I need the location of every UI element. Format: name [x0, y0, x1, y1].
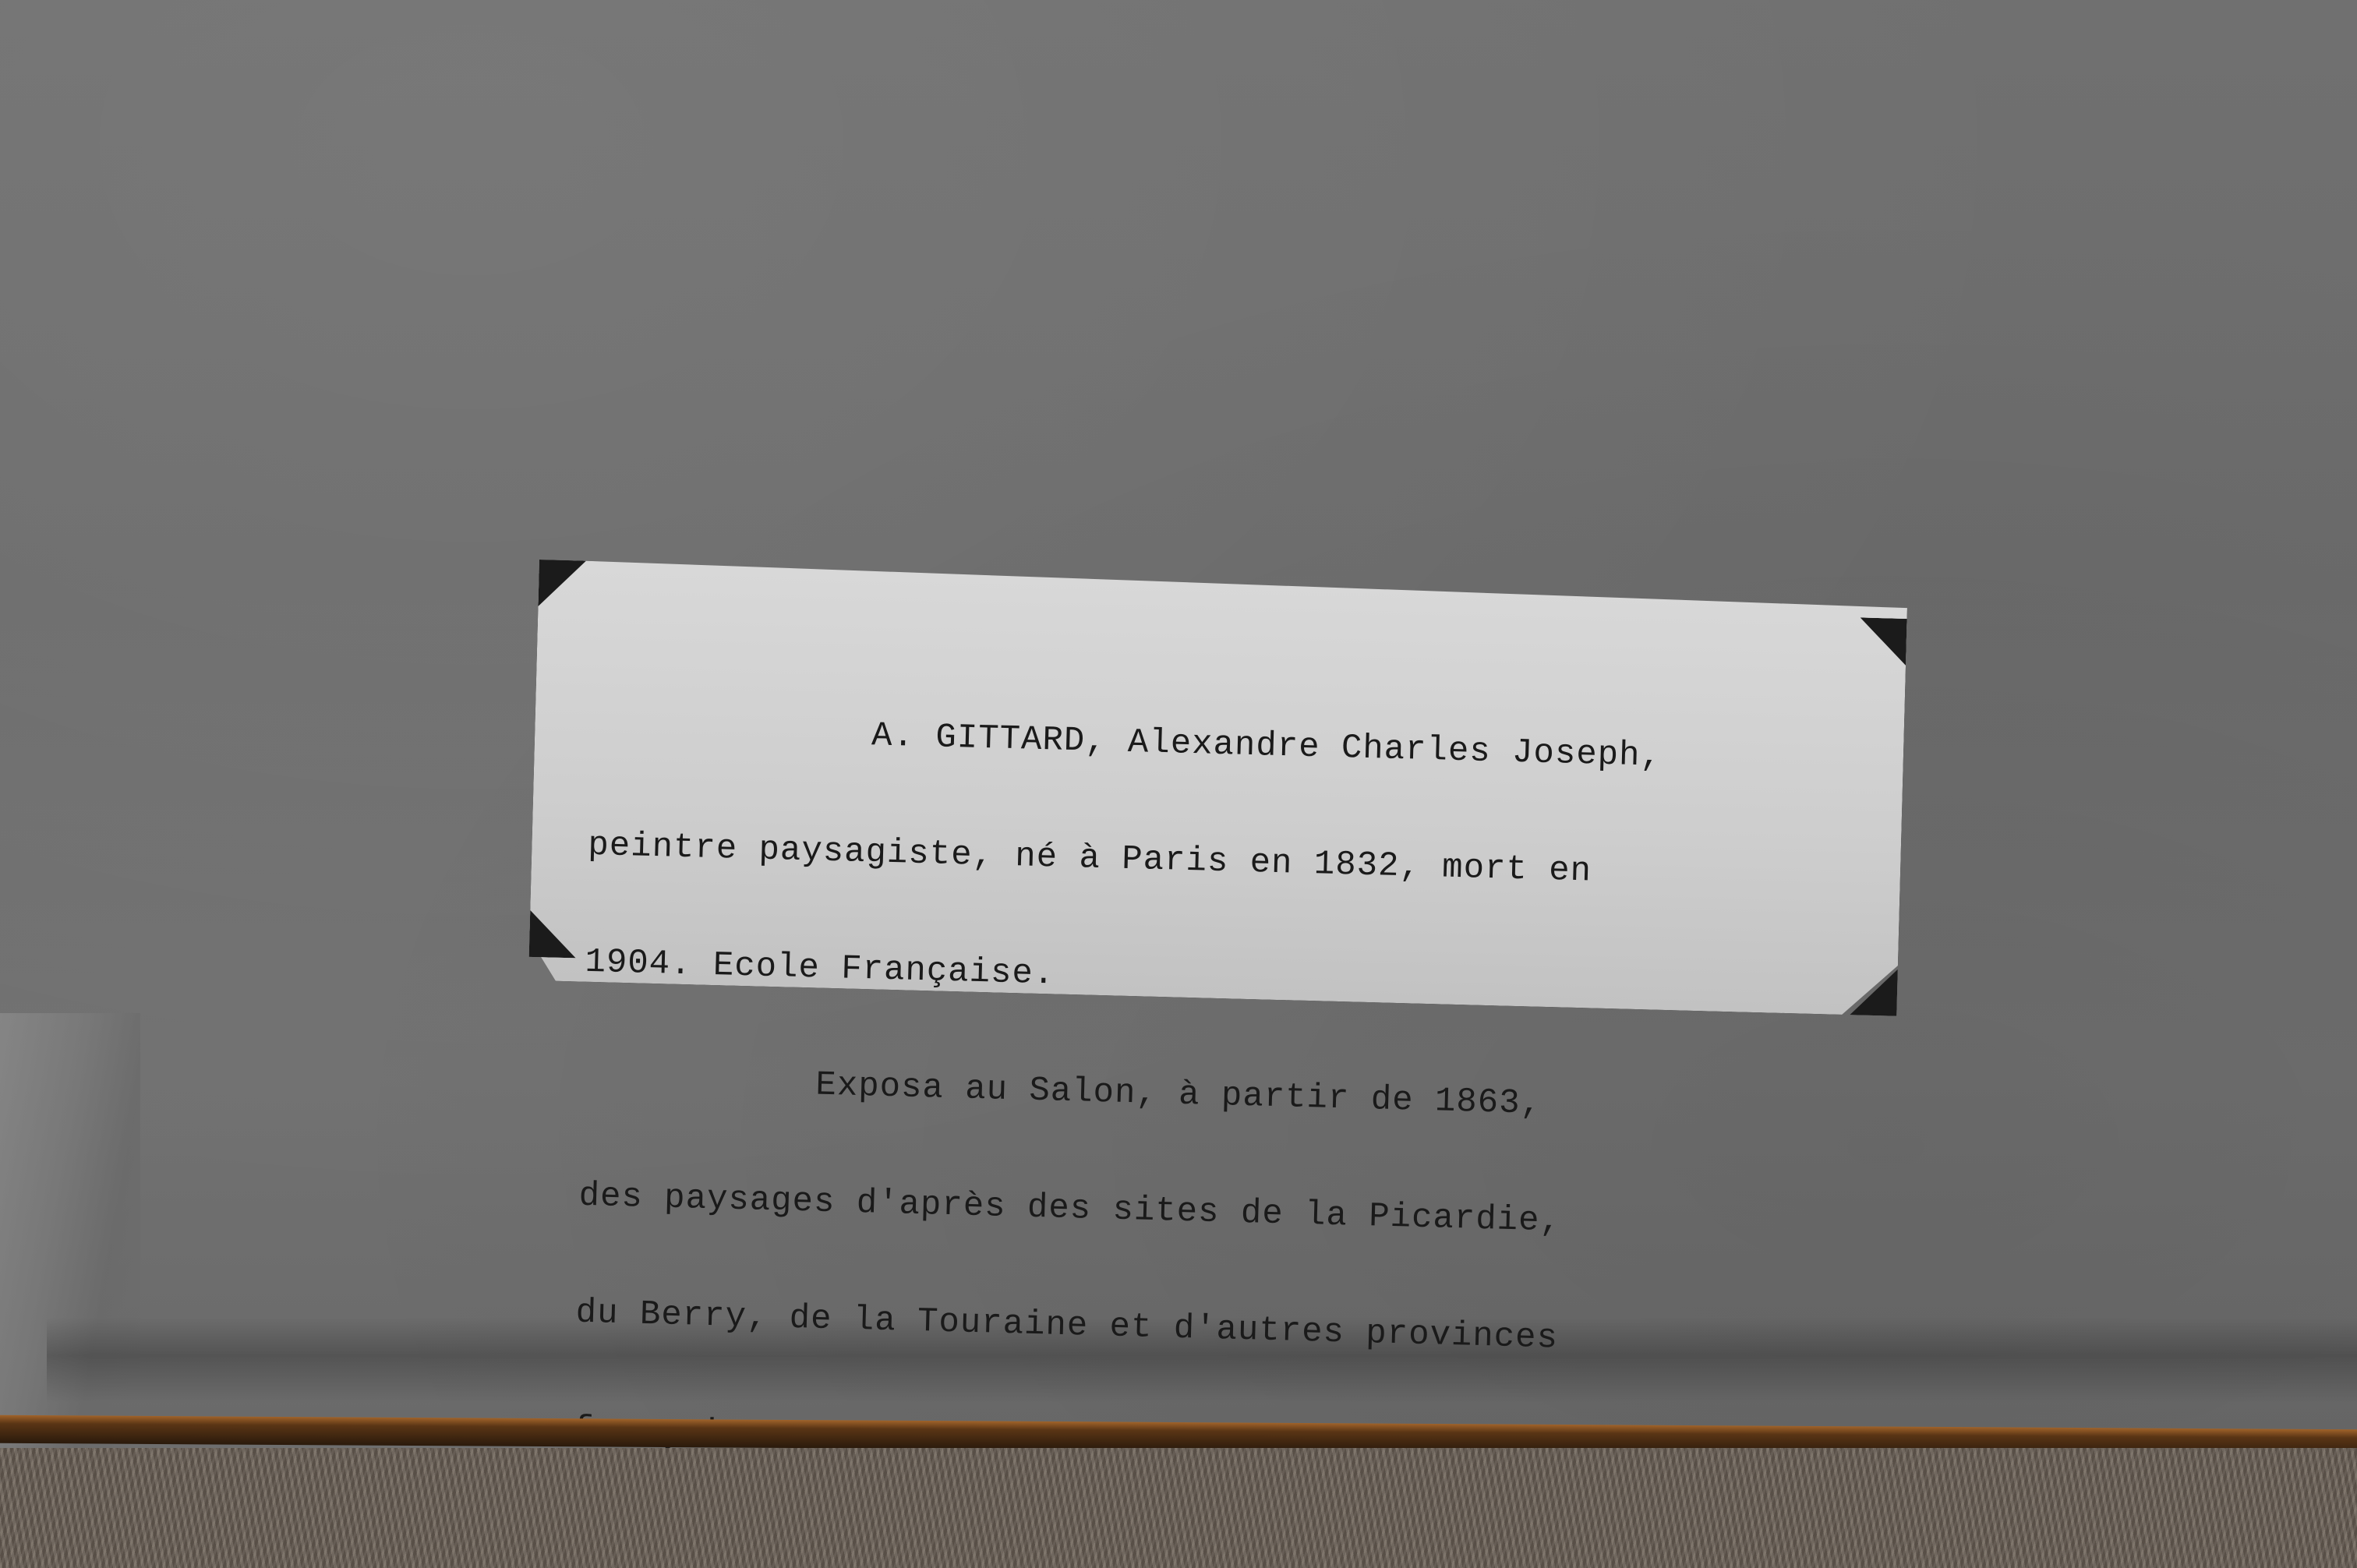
label-line: des paysages d'après des sites de la Pic…: [578, 1177, 1842, 1248]
label-title-line: A. GITTARD, Alexandre Charles Joseph,: [591, 709, 1854, 781]
carpet: [0, 1448, 2357, 1568]
label-line: 1904. Ecole Française.: [585, 943, 1848, 1015]
label-line: Exposa au Salon, à partir de 1863,: [581, 1060, 1845, 1132]
label-line: du Berry, de la Touraine et d'autres pro…: [575, 1294, 1839, 1365]
label-line: peintre paysagiste, né à Paris en 1832, …: [588, 826, 1851, 898]
typed-label: A. GITTARD, Alexandre Charles Joseph, pe…: [528, 560, 1908, 1016]
